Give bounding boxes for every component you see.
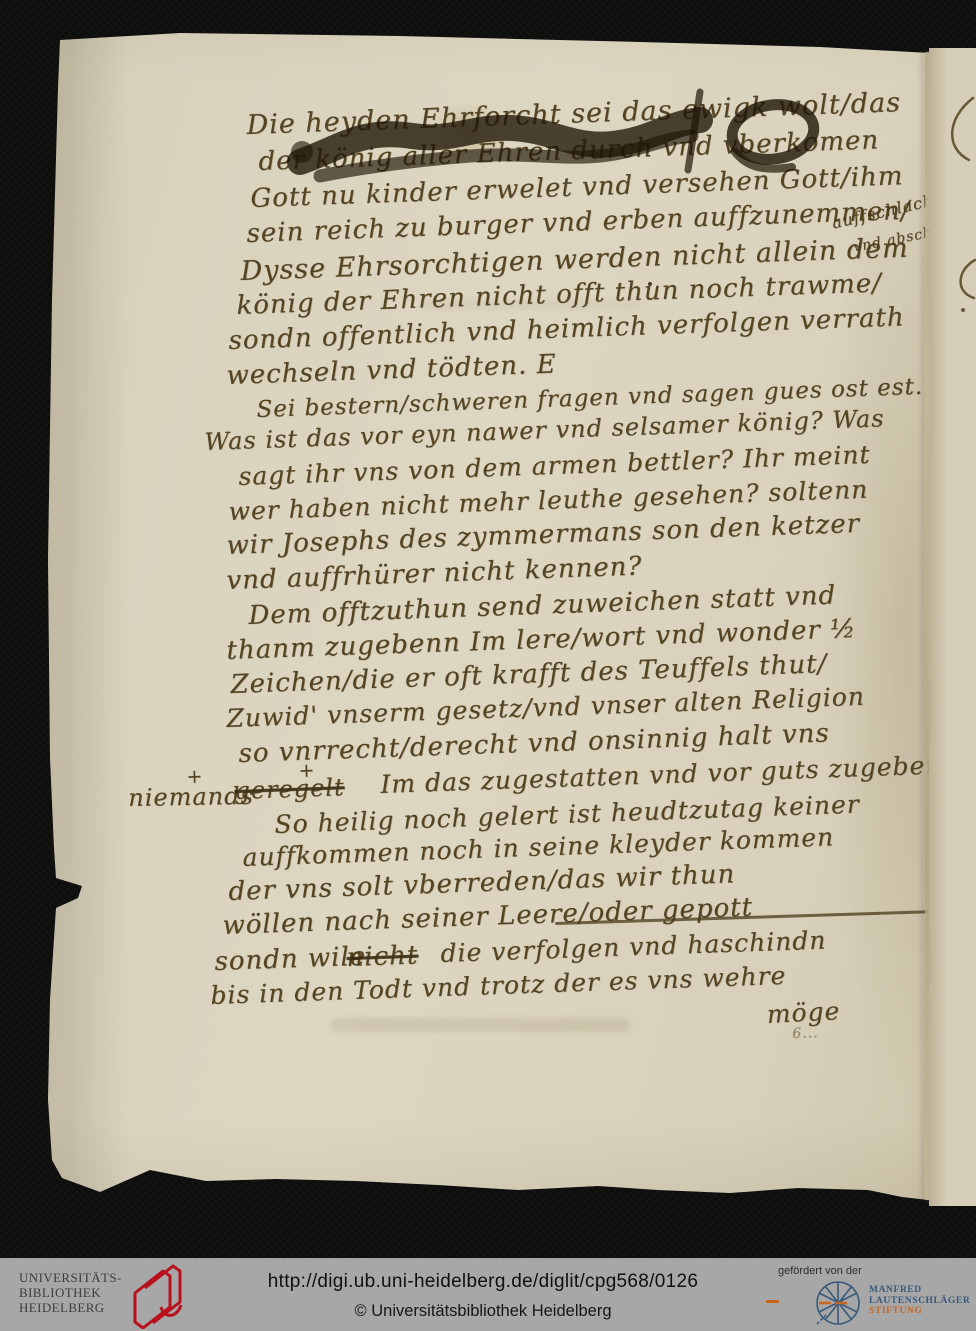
foundation-wordmark: MANFRED LAUTENSCHLÄGER STIFTUNG [869,1285,970,1317]
manuscript-page: Die heyden Ehrforcht sei das ewigk wolt/… [0,0,976,1331]
manuscript-line: wechseln vnd tödten. E [226,349,557,391]
manuscript-line: 6... [792,1025,819,1042]
stiftung-globe-icon [814,1279,862,1327]
foundation-line-1: MANFRED [869,1285,970,1296]
foundation-line-3: STIFTUNG [869,1306,970,1317]
dash-mark [766,1300,779,1303]
manuscript-line: sondn wile [214,942,367,977]
foundation-line-2: LAUTENSCHLÄGER [869,1296,970,1307]
manuscript-line: möge [766,996,841,1029]
manuscript-line: geregelt [234,773,345,805]
facing-page-ink-strokes [929,48,976,1206]
ink-showthrough [330,1018,630,1032]
facing-page-sliver [929,48,976,1206]
funded-by-label: gefördert von der [778,1265,862,1277]
caption-bar: UNIVERSITÄTS- BIBLIOTHEK HEIDELBERG http… [0,1258,976,1331]
manuscript-line: nicht [346,940,419,972]
